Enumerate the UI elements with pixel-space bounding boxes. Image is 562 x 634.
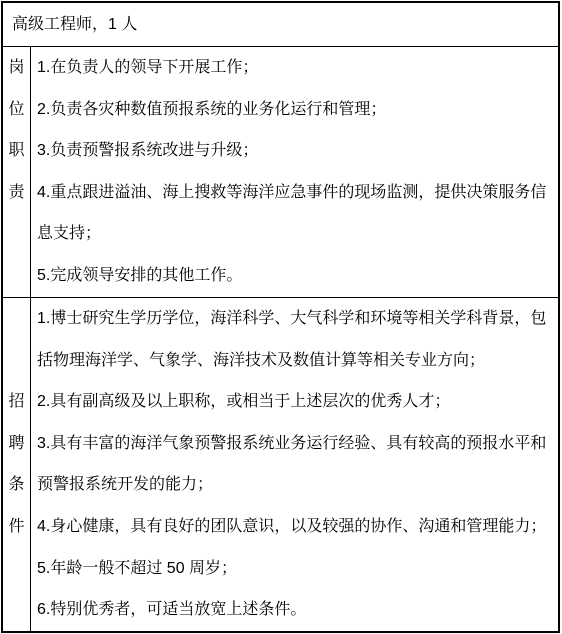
- label-char: 招: [8, 381, 24, 423]
- label-requirements: 招 聘 条 件: [3, 298, 31, 631]
- list-item: 2.负责各灾种数值预报系统的业务化运行和管理；: [37, 89, 550, 131]
- label-responsibilities: 岗 位 职 责: [3, 47, 31, 297]
- list-item: 2.具有副高级及以上职称，或相当于上述层次的优秀人才；: [37, 381, 550, 423]
- list-item: 5.完成领导安排的其他工作。: [37, 255, 550, 297]
- list-item: 3.负责预警报系统改进与升级；: [37, 130, 550, 172]
- job-posting-table: 高级工程师，1 人 岗 位 职 责 1.在负责人的领导下开展工作； 2.负责各灾…: [1, 1, 560, 633]
- list-item: 3.具有丰富的海洋气象预警报系统业务运行经验、具有较高的预报水平和预警报系统开发…: [37, 423, 550, 506]
- label-char: 岗: [8, 47, 24, 89]
- label-char: 聘: [8, 423, 24, 465]
- label-char: 责: [8, 172, 24, 214]
- responsibilities-list: 1.在负责人的领导下开展工作； 2.负责各灾种数值预报系统的业务化运行和管理； …: [31, 47, 558, 297]
- label-char: 位: [8, 89, 24, 131]
- page: 高级工程师，1 人 岗 位 职 责 1.在负责人的领导下开展工作； 2.负责各灾…: [0, 0, 562, 634]
- list-item: 4.重点跟进溢油、海上搜救等海洋应急事件的现场监测，提供决策服务信息支持；: [37, 172, 550, 255]
- list-item: 5.年龄一般不超过 50 周岁；: [37, 548, 550, 590]
- label-char: 条: [8, 464, 24, 506]
- section-responsibilities: 岗 位 职 责 1.在负责人的领导下开展工作； 2.负责各灾种数值预报系统的业务…: [3, 47, 558, 297]
- requirements-list: 1.博士研究生学历学位，海洋科学、大气科学和环境等相关学科背景，包括物理海洋学、…: [31, 298, 558, 631]
- section-requirements: 招 聘 条 件 1.博士研究生学历学位，海洋科学、大气科学和环境等相关学科背景，…: [3, 297, 558, 631]
- list-item: 6.特别优秀者，可适当放宽上述条件。: [37, 589, 550, 631]
- list-item: 1.博士研究生学历学位，海洋科学、大气科学和环境等相关学科背景，包括物理海洋学、…: [37, 298, 550, 381]
- label-char: 件: [8, 506, 24, 548]
- job-title: 高级工程师，1 人: [12, 15, 137, 35]
- label-char: 职: [8, 130, 24, 172]
- table-header-row: 高级工程师，1 人: [3, 3, 558, 47]
- list-item: 1.在负责人的领导下开展工作；: [37, 47, 550, 89]
- list-item: 4.身心健康，具有良好的团队意识，以及较强的协作、沟通和管理能力；: [37, 506, 550, 548]
